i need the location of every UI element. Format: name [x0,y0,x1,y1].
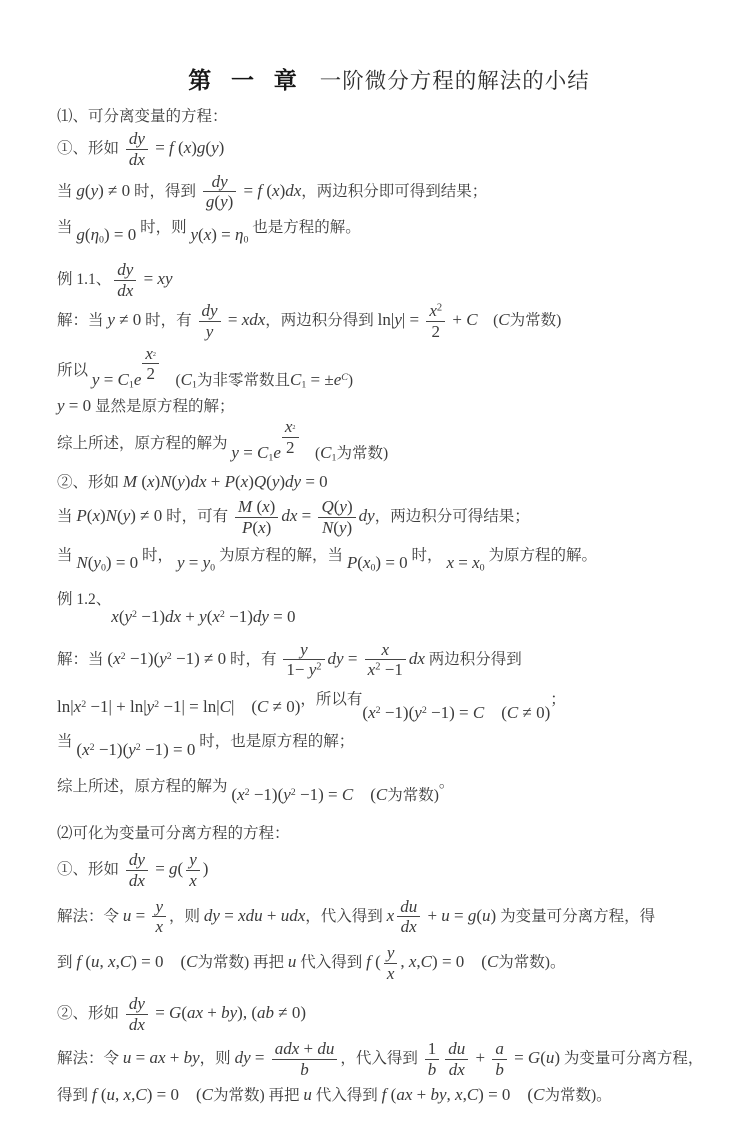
math-run: Q(y) [321,497,352,516]
math-run: dx [129,871,145,890]
math-run: dx = [281,506,315,525]
math-run: dy [129,994,145,1013]
math-run: 2 [146,364,155,383]
text-run: ( [300,445,321,462]
numerator: y [283,641,324,661]
math-run: |C| (C ≠ 0) [216,697,300,716]
numerator: dy [126,130,148,150]
denominator: b [272,1060,338,1079]
math-run: dy [129,850,145,869]
math-run: + u = g(u) [423,906,496,925]
trivial-solution: y = 0 显然是原方程的解； [57,395,731,418]
math-group: x = x0 [446,552,484,575]
math-run: , x,C) = 0 (C [400,952,498,971]
text-run: 为常数) [510,312,562,329]
text-run: 代入得到 [312,1087,382,1104]
math-run: −1)dx + y(x [137,607,220,626]
numerator: du [445,1040,468,1060]
math-run: 1 [428,1039,437,1058]
math-group: g(η0) = 0 [76,224,136,247]
text-run: ②、形如 [57,474,123,491]
math-run: g(y) ≠ 0 [76,181,130,200]
text-run: ，则 [200,1050,235,1067]
text-run: ，两边积分得到 [265,312,377,329]
denominator: dx [126,150,148,169]
numerator: dy [126,851,148,871]
fraction: x22 [282,418,299,457]
math-group: ，所以有 [300,689,362,711]
text-run: 综上所述，原方程的解为 [57,435,231,452]
fraction: dudx [397,898,420,937]
math-run: dy [359,506,375,525]
text-run: ，代入得到 [340,1050,421,1067]
denominator: b [425,1060,440,1079]
text-run: 再把 [249,954,288,971]
math-run: dy [117,260,133,279]
math-run: dx [401,917,417,936]
text-run: 时，则 [136,219,190,236]
document-page: 第 一 章一阶微分方程的解法的小结 ⑴、可分离变量的方程：①、形如 dydx =… [0,0,753,1140]
denominator: dx [397,917,420,936]
math-run: du [448,1039,465,1058]
math-run: dx [117,281,133,300]
math-run: (x [231,785,244,804]
fraction: 1b [425,1040,440,1079]
text-run: 为原方程的解。 [485,547,597,564]
math-run: a [495,1039,504,1058]
math-run: dy [212,172,228,191]
superscript: x22 [141,371,160,382]
numerator: 1 [425,1040,440,1060]
math-run: y = C [92,369,129,388]
method-1: 解法：令 u = yx，则 dy = xdu + udx，代入得到 xdudx … [57,898,731,937]
superscript: C [341,371,348,382]
case-n-p-zero: 当 N(y0) = 0 时， y = y0 为原方程的解，当 P(x0) = 0… [57,545,731,575]
math-run: −1) = C (C [296,785,387,804]
denominator: dx [445,1060,468,1079]
math-run: f (u, x,C) = 0 (C [92,1085,213,1104]
math-run: y [387,943,395,962]
math-run: dx [129,1015,145,1034]
superscript: x22 [281,445,300,456]
math-run: x = x [446,553,479,572]
text-run: 时， [138,547,177,564]
math-run: −1) = C (C ≠ 0) [427,703,550,722]
text-run: 显然是原方程的解； [91,398,234,415]
fraction: yx [384,944,398,983]
text-run: 时，有 [141,312,195,329]
fraction: adx + dub [272,1040,338,1079]
text-run: 为常数)。 [498,954,565,971]
math-run: = G(u) [510,1048,560,1067]
math-run: x [381,640,389,659]
fraction: ab [492,1040,507,1079]
math-run: y = 0 [57,396,91,415]
numerator: y [384,944,398,964]
example-1-1: 例 1.1、dydx = xy [57,261,731,300]
math-run: (x [362,703,375,722]
text-run: 为变量可分离方程，得 [496,908,655,925]
math-run: P(x) [242,518,271,537]
fraction: dydx [126,130,148,169]
math-run: N(y [76,553,101,572]
math-run: x [387,906,395,925]
math-run: |x [70,697,81,716]
text-run: 时，有 [226,651,280,668]
math-run: x [145,344,153,363]
fraction: dydx [126,851,148,890]
integration-result: ln|x2 −1| + ln|y2 −1| = ln|C| (C ≠ 0)，所以… [57,689,731,725]
math-run: b [428,1060,437,1079]
text-run: ①、形如 [57,861,123,878]
math-run: P(x)N(y) ≠ 0 [76,506,162,525]
superscript: 2 [292,425,295,431]
math-run: dy [129,129,145,148]
math-run: + [471,1048,489,1067]
math-run: f (ax + by, x,C) = 0 (C [382,1085,545,1104]
text-run: 时，可有 [162,508,232,525]
text-run: 。 [439,774,455,791]
denominator: 2 [426,322,445,341]
math-run: x(y [111,607,132,626]
conclusion-1-2: 综上所述，原方程的解为 (x2 −1)(y2 −1) = C (C为常数)。 [57,772,731,807]
math-run: b [300,1060,309,1079]
denominator: x2 −1 [365,660,406,679]
math-run: dy = [235,1048,269,1067]
numerator: dy [203,173,236,193]
math-run: x [429,301,437,320]
numerator: Q(y) [318,498,355,518]
text-run: 到 [57,954,76,971]
math-run: = G(ax + by), (ab ≠ 0) [151,1003,306,1022]
math-run: dy = xdu + udx [204,906,305,925]
numerator: adx + du [272,1040,338,1060]
method-1-result: 到 f (u, x,C) = 0 (C为常数) 再把 u 代入得到 f (yx,… [57,944,731,983]
math-run: ln [203,697,216,716]
text-run: ； [550,691,566,708]
method-2: 解法：令 u = ax + by，则 dy = adx + dub，代入得到 1… [57,1040,731,1079]
chapter-title: 第 一 章一阶微分方程的解法的小结 [47,64,731,98]
numerator: y [186,851,200,871]
math-run: C [320,443,331,462]
text-run: 时，也是原方程的解； [195,733,354,750]
math-run: y [300,640,308,659]
math-run: e [273,443,281,462]
form-1-equation: ①、形如 dydx = f (x)g(y) [57,130,731,169]
case-g-nonzero: 当 g(y) ≠ 0 时，得到 dyg(y) = f (x)dx，两边积分即可得… [57,173,731,212]
fraction: dydx [126,995,148,1034]
math-run: x [189,871,197,890]
math-run: = xdx [224,310,266,329]
denominator: b [492,1060,507,1079]
text-run: 时，得到 [130,183,200,200]
math-run: −1| + [86,697,130,716]
numerator: du [397,898,420,918]
math-run: C [290,369,301,388]
form-3-equation: ①、形如 dydx = g(yx) [57,851,731,890]
math-run: −1 [380,660,402,679]
numerator: x2 [426,302,445,322]
math-run: u = ax + by [123,1048,200,1067]
fraction: y1− y2 [283,641,324,680]
math-run: f ( [366,952,381,971]
form-2-equation: ②、形如 M (x)N(y)dx + P(x)Q(y)dy = 0 [57,471,731,494]
math-group: x(y2 −1)dx + y(x2 −1)dy = 0 [111,606,295,629]
math-run: = f (x)g(y) [151,138,224,157]
numerator: dy [199,302,221,322]
math-group: y = y0 [177,552,215,575]
text-run: 为常数) [213,1087,265,1104]
denominator: x [384,964,398,983]
text-run: ，所以有 [300,691,362,708]
math-run: 2 [432,322,441,341]
math-run: adx + du [275,1039,335,1058]
text-run: ⑴、可分离变量的方程： [57,108,228,125]
text-run: 再把 [265,1087,304,1104]
math-run: |y [143,697,154,716]
fraction: M (x)P(x) [235,498,278,537]
math-run: (x [76,740,89,759]
superscript: 2 [153,352,156,358]
math-run: −1)dy = 0 [225,607,296,626]
text-run: 解：当 [57,312,107,329]
denominator: dx [114,281,136,300]
fraction: yx [186,851,200,890]
math-run: u = [123,906,150,925]
math-run: ) = 0 [104,225,136,244]
math-group: y(x) = η0 [190,224,248,247]
math-run: = ±e [306,369,341,388]
text-run: 为非零常数且 [197,371,290,388]
denominator: dx [126,1015,148,1034]
text-run: 为原方程的解，当 [215,547,347,564]
math-run: P(x [347,553,371,572]
denominator: y [199,322,221,341]
denominator: P(x) [235,518,278,537]
math-group: P(x0) = 0 [347,552,408,575]
conclusion-1-1: 综上所述，原方程的解为 y = C1ex22 (C1为常数) [57,418,731,465]
math-run: −1) = 0 [141,740,196,759]
text-run: ，则 [169,908,204,925]
example-1-2: 例 1.2、x(y2 −1)dx + y(x2 −1)dy = 0 [57,589,731,629]
fraction: x22 [142,345,159,384]
math-run: dx [409,649,425,668]
text-run: 也是方程的解。 [248,219,360,236]
math-group: (x2 −1)(y2 −1) = 0 [76,739,195,762]
text-run: 得到 [57,1087,92,1104]
math-run: y = C [231,443,268,462]
math-run: y [206,322,214,341]
text-run: 综上所述，原方程的解为 [57,778,231,795]
text-run: 例 1.1、 [57,271,111,288]
math-run: −1)(y [126,649,167,668]
numerator: M (x) [235,498,278,518]
form-4-equation: ②、形如 dydx = G(ax + by), (ab ≠ 0) [57,995,731,1034]
subscript: 0 [480,562,485,573]
math-run: −1| = [159,697,203,716]
math-run: y [155,897,163,916]
math-group: (x2 −1)(y2 −1) = C (C为常数) [231,784,439,807]
numerator: x2 [282,418,299,438]
fraction: xx2 −1 [365,641,406,680]
text-run: 当 [57,733,76,750]
fraction: yx [152,898,166,937]
math-run: = xy [139,269,172,288]
denominator: x [186,871,200,890]
math-run: |y| = [391,310,423,329]
math-run: ln [130,697,143,716]
superscript: 2 [437,303,442,314]
math-run: −1)(y [95,740,136,759]
math-run: b [495,1060,504,1079]
denominator: g(y) [203,192,236,211]
denominator: 2 [142,364,159,383]
numerator: dy [126,995,148,1015]
text-run: ，代入得到 [305,908,386,925]
math-run: ) = 0 [375,553,407,572]
math-group: (x2 −1)(y2 −1) = C (C ≠ 0) [362,702,550,725]
fraction: x22 [426,302,445,341]
text-run: ( [478,312,499,329]
math-group: y = C1ex22 (C1为非零常数且C1 = ±eC) [92,345,353,392]
example-1-2-solution: 解：当 (x2 −1)(y2 −1) ≠ 0 时，有 y1− y2dy = xx… [57,641,731,680]
section-2-heading: ⑵可化为变量可分离方程的方程： [57,823,731,845]
math-run: du [400,897,417,916]
math-run: y [189,850,197,869]
math-run: dy [202,301,218,320]
math-run: u [303,1085,312,1104]
text-run: ) [348,371,353,388]
math-run: 1− y [286,660,316,679]
text-run: ，两边积分即可得到结果； [301,183,487,200]
text-run: 代入得到 [296,954,366,971]
math-run: y(x) = η [190,225,243,244]
math-run: f (u, x,C) = 0 (C [76,952,197,971]
math-run: M (x)N(y)dx + P(x)Q(y)dy = 0 [123,472,328,491]
chapter-subject: 一阶微分方程的解法的小结 [320,69,590,93]
text-run: ( [160,371,181,388]
section-1-heading: ⑴、可分离变量的方程： [57,106,731,128]
math-run: dx [449,1060,465,1079]
text-run: 当 [57,219,76,236]
text-run: 为常数) [387,787,439,804]
case-g-zero: 当 g(η0) = 0 时，则 y(x) = η0 也是方程的解。 [57,217,731,247]
text-run: 解：当 [57,651,107,668]
math-run: C [181,369,192,388]
math-run: = f (x)dx [239,181,301,200]
superscript: 2 [316,662,321,673]
example-1-1-solution: 解：当 y ≠ 0 时，有 dyy = xdx，两边积分得到 ln|y| = x… [57,302,731,341]
fraction: dydx [114,261,136,300]
text-run: 为常数) [197,954,249,971]
math-run: ) [203,859,209,878]
fraction: dyy [199,302,221,341]
chapter-number: 第 一 章 [188,68,304,93]
math-run: x [387,964,395,983]
math-run: x [155,917,163,936]
math-run: y ≠ 0 [107,310,141,329]
numerator: dy [114,261,136,281]
text-run: 例 1.2、 [57,591,111,608]
numerator: a [492,1040,507,1060]
math-run: ) = 0 [106,553,138,572]
numerator: x2 [142,345,159,365]
subscript: 0 [243,235,248,246]
general-solution-nonzero: 所以 y = C1ex22 (C1为非零常数且C1 = ±eC) [57,345,731,392]
math-run: dx [129,150,145,169]
math-run: dy = [328,649,362,668]
case-product-zero: 当 (x2 −1)(y2 −1) = 0 时，也是原方程的解； [57,731,731,762]
denominator: 2 [282,438,299,457]
math-run: 2 [286,438,295,457]
math-group: N(y0) = 0 [76,552,138,575]
fraction: dyg(y) [203,173,236,212]
method-2-result: 得到 f (u, x,C) = 0 (C为常数) 再把 u 代入得到 f (ax… [57,1084,731,1107]
math-run: −1) ≠ 0 [172,649,226,668]
math-run: (x [107,649,120,668]
math-group: y = C1ex22 (C1为常数) [231,418,388,465]
text-run: 解法：令 [57,1050,123,1067]
math-group: ； [550,689,566,711]
math-run: ln [378,310,391,329]
text-run: ①、形如 [57,140,123,157]
math-run: ln [57,697,70,716]
text-run: 时， [408,547,447,564]
document-body: ⑴、可分离变量的方程：①、形如 dydx = f (x)g(y)当 g(y) ≠… [57,106,731,1107]
text-run: 所以 [57,361,92,378]
math-run: C [498,310,509,329]
text-run: 解法：令 [57,908,123,925]
math-run: −1)(y [250,785,291,804]
denominator: N(y) [318,518,355,537]
math-group: 。 [439,772,455,794]
numerator: x [365,641,406,661]
text-run: 两边积分得到 [425,651,522,668]
fraction: Q(y)N(y) [318,498,355,537]
text-run: 当 [57,547,76,564]
math-run: N(y) [322,518,352,537]
fraction: dudx [445,1040,468,1079]
math-run: −1)(y [381,703,422,722]
math-run: + C [448,310,477,329]
numerator: y [152,898,166,918]
math-run: = g( [151,859,183,878]
case-pn-nonzero: 当 P(x)N(y) ≠ 0 时，可有 M (x)P(x)dx = Q(y)N(… [57,498,731,537]
text-run: 为常数) [336,445,388,462]
math-run: y = y [177,553,210,572]
math-run: M (x) [238,497,275,516]
math-run: g(η [76,225,99,244]
text-run: 当 [57,183,76,200]
denominator: 1− y2 [283,660,324,679]
text-run: 为变量可分离方程， [560,1050,703,1067]
text-run: 当 [57,508,76,525]
text-run: ，两边积分可得结果； [375,508,530,525]
math-run: g(y) [206,192,233,211]
text-run: ⑵可化为变量可分离方程的方程： [57,825,290,842]
denominator: dx [126,871,148,890]
text-run: 为常数)。 [544,1087,611,1104]
denominator: x [152,917,166,936]
text-run: ②、形如 [57,1005,123,1022]
